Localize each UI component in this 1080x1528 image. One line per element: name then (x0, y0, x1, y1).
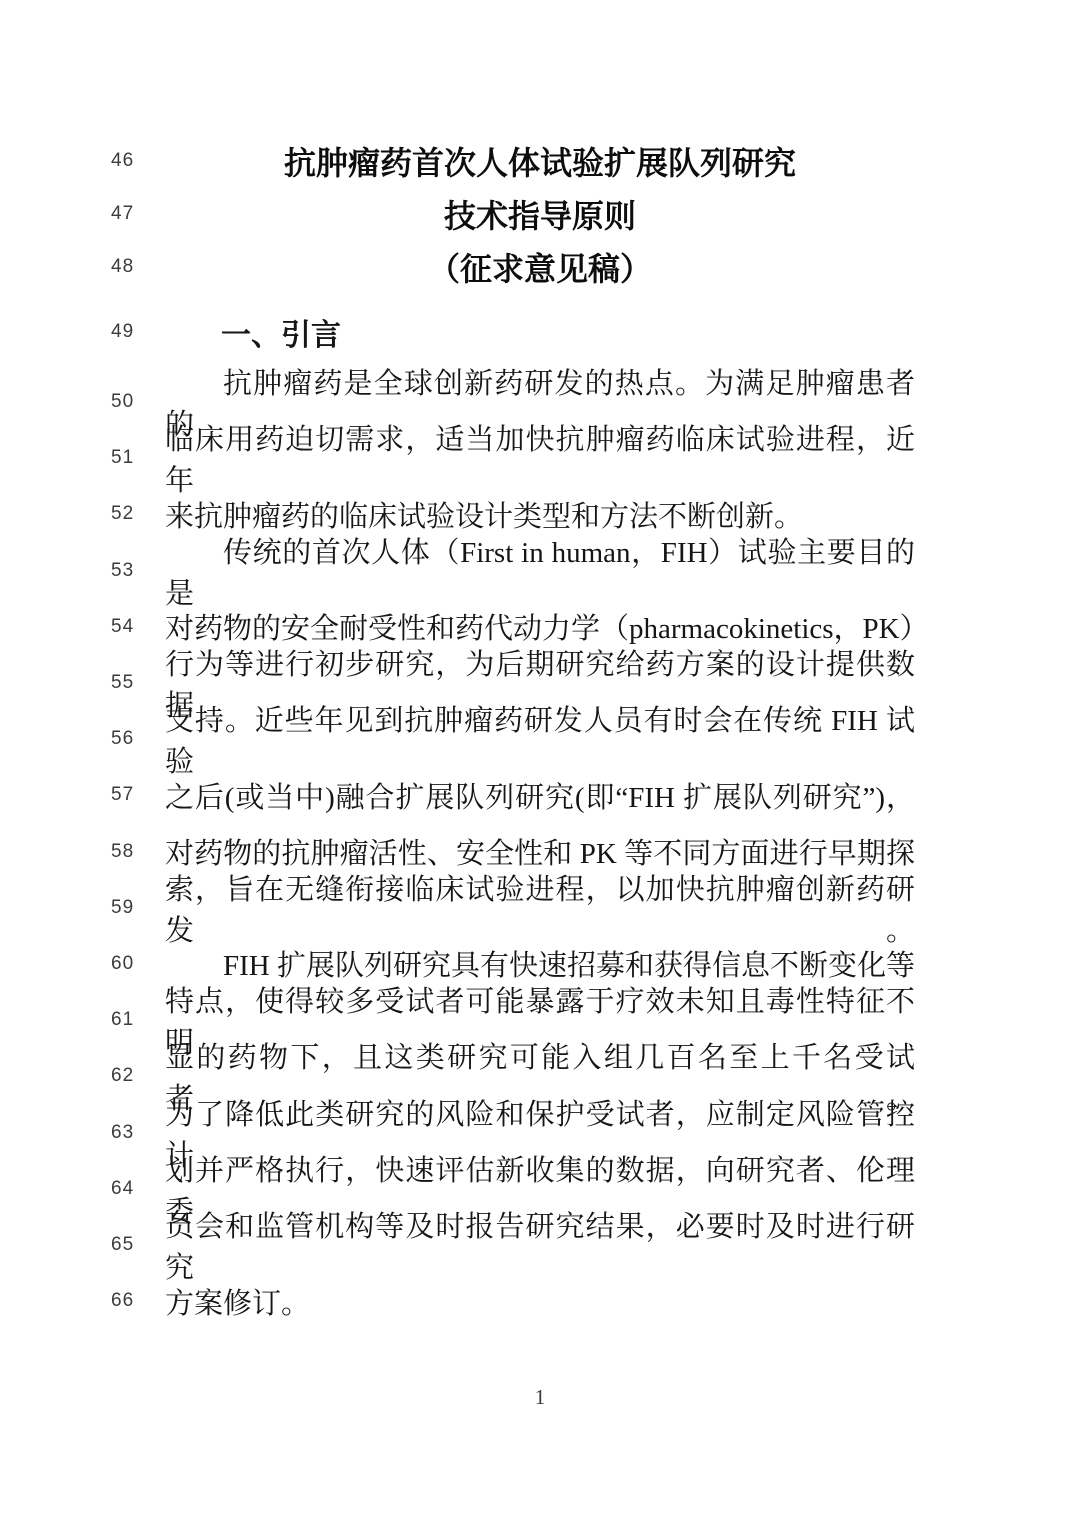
body-line-text: 方案修订。 (165, 1281, 915, 1322)
document-line-49: 49一、引言 (0, 304, 1080, 360)
line-number: 46 (111, 150, 153, 172)
document-line-65: 65员会和监管机构等及时报告研究结果，必要时及时进行研究 (0, 1217, 1080, 1273)
line-number: 65 (111, 1234, 153, 1256)
document-lines: 46抗肿瘤药首次人体试验扩展队列研究47技术指导原则48（征求意见稿）49一、引… (0, 0, 1080, 1329)
line-number: 55 (111, 672, 153, 694)
body-line-text: 支持。近些年见到抗肿瘤药研发人员有时会在传统 FIH 试验 (165, 698, 915, 780)
document-line-66: 66方案修订。 (0, 1273, 1080, 1329)
document-line-47: 47技术指导原则 (0, 187, 1080, 240)
document-page: 46抗肿瘤药首次人体试验扩展队列研究47技术指导原则48（征求意见稿）49一、引… (0, 0, 1080, 1528)
line-number: 50 (111, 391, 153, 413)
document-line-48: 48（征求意见稿） (0, 240, 1080, 293)
line-number: 49 (111, 321, 153, 343)
line-number: 53 (111, 560, 153, 582)
line-number: 48 (111, 256, 153, 278)
body-line-text: 员会和监管机构等及时报告研究结果，必要时及时进行研究 (165, 1204, 915, 1286)
document-line-46: 46抗肿瘤药首次人体试验扩展队列研究 (0, 134, 1080, 187)
title-line-text: 技术指导原则 (165, 191, 915, 237)
line-number: 58 (111, 841, 153, 863)
body-line-text: 临床用药迫切需求，适当加快抗肿瘤药临床试验进程，近年 (165, 417, 915, 499)
line-number: 52 (111, 503, 153, 525)
line-number: 66 (111, 1290, 153, 1312)
title-line-text: 抗肿瘤药首次人体试验扩展队列研究 (165, 138, 915, 184)
line-number: 64 (111, 1178, 153, 1200)
document-line-56: 56支持。近些年见到抗肿瘤药研发人员有时会在传统 FIH 试验 (0, 711, 1080, 767)
line-number: 56 (111, 728, 153, 750)
line-number: 51 (111, 447, 153, 469)
document-line-57: 57之后(或当中)融合扩展队列研究(即“FIH 扩展队列研究”)， (0, 767, 1080, 823)
line-number: 62 (111, 1065, 153, 1087)
document-line-51: 51临床用药迫切需求，适当加快抗肿瘤药临床试验进程，近年 (0, 430, 1080, 486)
section-heading-text: 一、引言 (165, 310, 915, 354)
document-line-59: 59索，旨在无缝衔接临床试验进程，以加快抗肿瘤创新药研发。 (0, 880, 1080, 936)
line-number: 63 (111, 1122, 153, 1144)
line-number: 54 (111, 616, 153, 638)
body-line-text: 传统的首次人体（First in human，FIH）试验主要目的是 (165, 530, 915, 612)
line-number: 61 (111, 1009, 153, 1031)
line-number: 47 (111, 203, 153, 225)
body-line-text: 之后(或当中)融合扩展队列研究(即“FIH 扩展队列研究”)， (165, 775, 915, 816)
line-number: 59 (111, 897, 153, 919)
title-line-text: （征求意见稿） (165, 244, 915, 290)
line-number: 60 (111, 953, 153, 975)
line-number: 57 (111, 784, 153, 806)
body-line-text: 索，旨在无缝衔接临床试验进程，以加快抗肿瘤创新药研发。 (165, 867, 915, 949)
document-line-53: 53传统的首次人体（First in human，FIH）试验主要目的是 (0, 543, 1080, 599)
page-number: 1 (0, 1385, 1080, 1410)
